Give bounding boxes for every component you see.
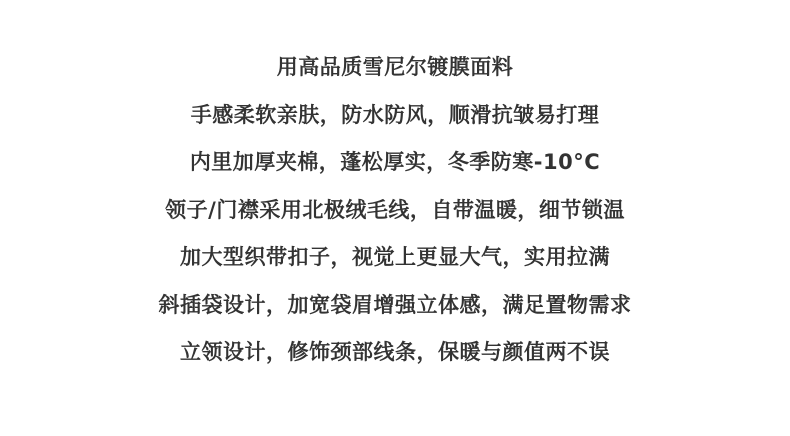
feature-stand-collar: 立领设计，修饰颈部线条，保暖与颜值两不误 xyxy=(0,337,790,385)
feature-fabric: 用高品质雪尼尔镀膜面料 xyxy=(0,52,790,100)
product-feature-list: 用高品质雪尼尔镀膜面料 手感柔软亲肤，防水防风，顺滑抗皱易打理 内里加厚夹棉，蓬… xyxy=(0,52,790,385)
feature-buttons: 加大型织带扣子，视觉上更显大气，实用拉满 xyxy=(0,242,790,290)
feature-collar-placket: 领子/门襟采用北极绒毛线，自带温暖，细节锁温 xyxy=(0,195,790,243)
feature-pockets: 斜插袋设计，加宽袋眉增强立体感，满足置物需求 xyxy=(0,290,790,338)
feature-padded-lining: 内里加厚夹棉，蓬松厚实，冬季防寒-10°C xyxy=(0,147,790,195)
feature-texture-waterproof: 手感柔软亲肤，防水防风，顺滑抗皱易打理 xyxy=(0,100,790,148)
